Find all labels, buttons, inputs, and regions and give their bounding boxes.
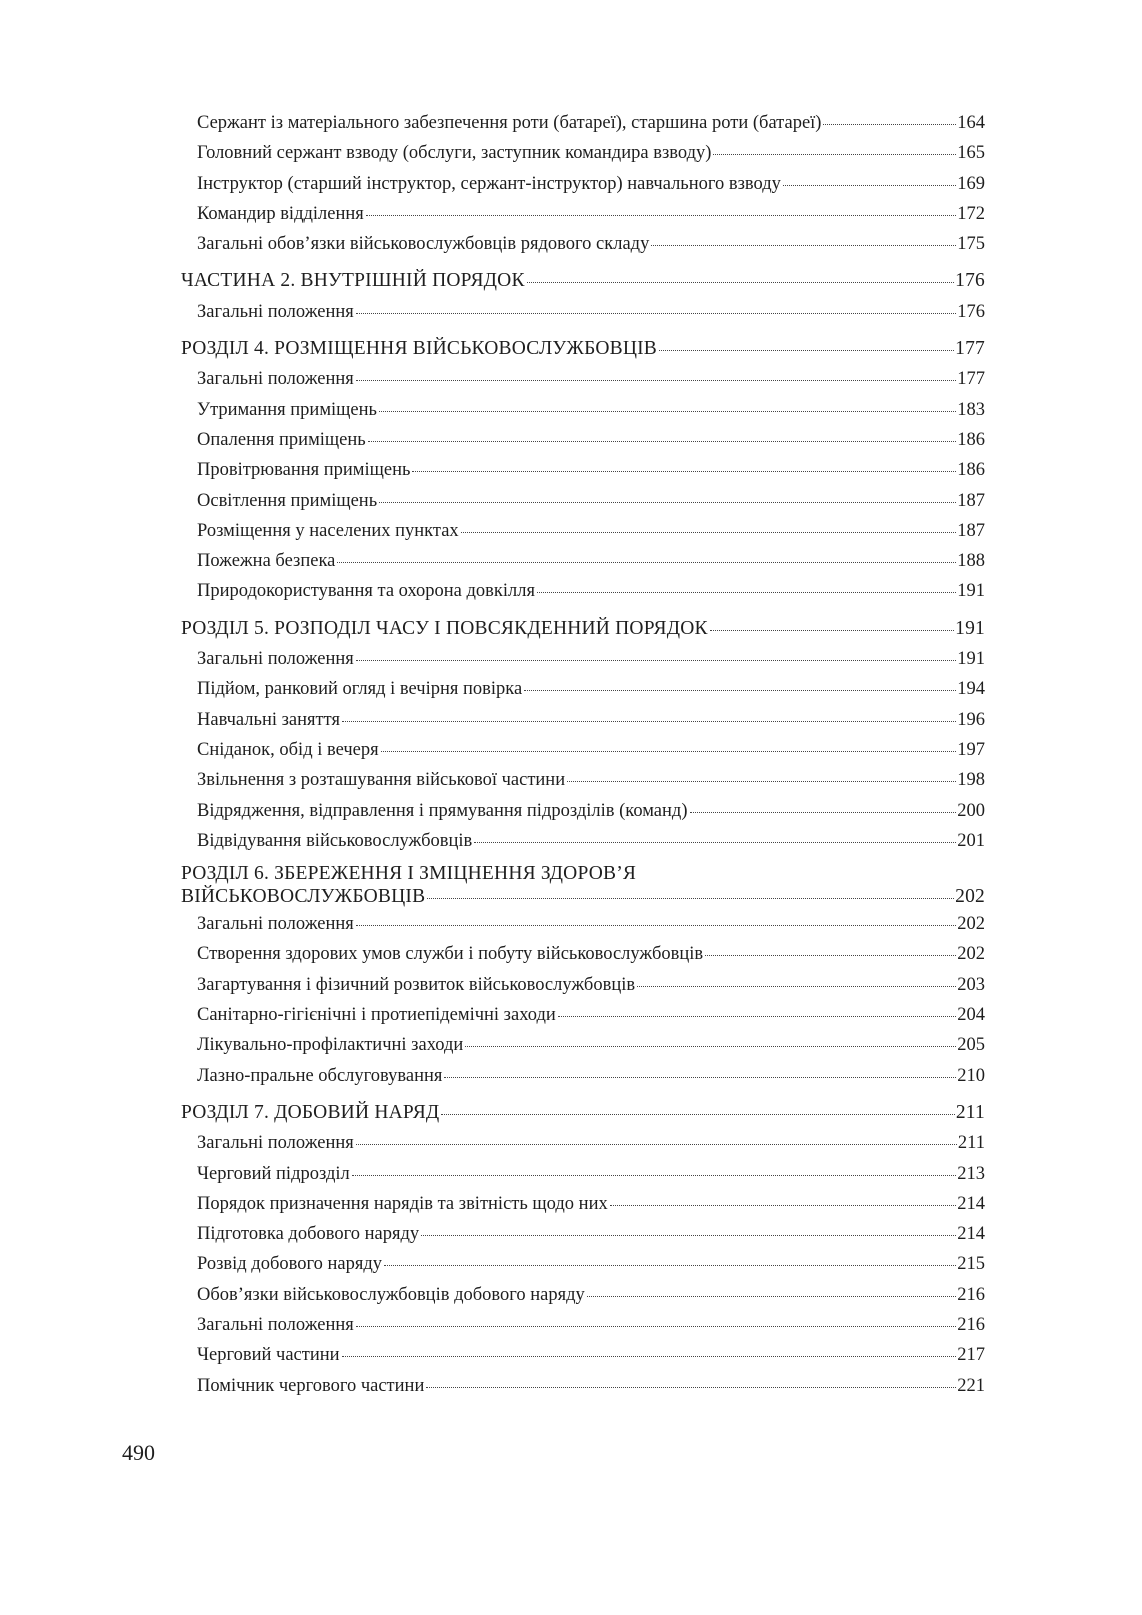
dot-leader (637, 986, 956, 987)
toc-entry: Черговий підрозділ213 (181, 1159, 985, 1189)
toc-entry: Сержант із матеріального забезпечення ро… (181, 108, 985, 138)
toc-entry-title: Загальні положення (197, 297, 354, 327)
toc-entry: Розвід добового наряду215 (181, 1249, 985, 1279)
toc-entry-page: 204 (957, 1000, 985, 1030)
toc-entry-title: Освітлення приміщень (197, 486, 377, 516)
dot-leader (823, 124, 956, 125)
toc-entry: Обов’язки військовослужбовців добового н… (181, 1280, 985, 1310)
dot-leader (366, 215, 956, 216)
dot-leader (527, 282, 954, 283)
toc-entry-page: 188 (957, 546, 985, 576)
toc-entry-title: Провітрювання приміщень (197, 455, 410, 485)
toc-entry: Утримання приміщень183 (181, 395, 985, 425)
toc-entry: Сніданок, обід і вечеря197 (181, 735, 985, 765)
dot-leader (356, 1326, 956, 1327)
toc-entry: Загальні положення176 (181, 297, 985, 327)
toc-entry: Лазно-пральне обслуговування210 (181, 1061, 985, 1091)
dot-leader (337, 562, 956, 563)
toc-entry: Головний сержант взводу (обслуги, заступ… (181, 138, 985, 168)
toc-section-heading: РОЗДІЛ 6. ЗБЕРЕЖЕННЯ І ЗМІЦНЕННЯ ЗДОРОВ’… (181, 863, 985, 909)
toc-entry-title: РОЗДІЛ 5. РОЗПОДІЛ ЧАСУ І ПОВСЯКДЕННИЙ П… (181, 614, 708, 644)
page-number: 490 (122, 1440, 155, 1466)
toc-entry-page: 198 (957, 765, 985, 795)
toc-entry-page: 203 (957, 970, 985, 1000)
toc-entry-title: Загальні обов’язки військовослужбовців р… (197, 229, 649, 259)
toc-entry-title: Черговий підрозділ (197, 1159, 350, 1189)
toc-entry-page: 183 (957, 395, 985, 425)
dot-leader (368, 441, 957, 442)
toc-entry-title: Природокористування та охорона довкілля (197, 576, 535, 606)
toc-entry-title: Порядок призначення нарядів та звітність… (197, 1189, 608, 1219)
dot-leader (379, 502, 956, 503)
toc-entry-title: Санітарно-гігієнічні і протиепідемічні з… (197, 1000, 556, 1030)
dot-leader (352, 1175, 957, 1176)
dot-leader (427, 898, 954, 899)
dot-leader (444, 1077, 956, 1078)
toc-entry: Помічник чергового частини221 (181, 1371, 985, 1401)
toc-entry-page: 200 (957, 796, 985, 826)
dot-leader (342, 721, 956, 722)
toc-entry: Відрядження, відправлення і прямування п… (181, 796, 985, 826)
toc-entry-title: Підготовка добового наряду (197, 1219, 419, 1249)
dot-leader (441, 1114, 954, 1115)
toc-section-heading: РОЗДІЛ 7. ДОБОВИЙ НАРЯД211 (181, 1098, 985, 1128)
toc-entry: Природокористування та охорона довкілля1… (181, 576, 985, 606)
toc-entry-page: 202 (957, 939, 985, 969)
toc-entry-title: Сніданок, обід і вечеря (197, 735, 379, 765)
toc-entry-page: 214 (957, 1189, 985, 1219)
toc-entry: Командир відділення172 (181, 199, 985, 229)
toc-entry-title: Загальні положення (197, 909, 354, 939)
dot-leader (783, 185, 956, 186)
toc-entry-page: 186 (957, 425, 985, 455)
toc-entry-title: Загартування і фізичний розвиток військо… (197, 970, 635, 1000)
toc-entry-title: Навчальні заняття (197, 705, 340, 735)
toc-entry-page: 187 (957, 516, 985, 546)
toc-entry-title: Помічник чергового частини (197, 1371, 424, 1401)
toc-entry: Навчальні заняття196 (181, 705, 985, 735)
dot-leader (412, 471, 956, 472)
dot-leader (690, 812, 957, 813)
toc-entry-title: ЧАСТИНА 2. ВНУТРІШНІЙ ПОРЯДОК (181, 266, 525, 296)
toc-entry-title: Розвід добового наряду (197, 1249, 382, 1279)
toc-entry: Інструктор (старший інструктор, сержант-… (181, 169, 985, 199)
dot-leader (474, 842, 956, 843)
toc-entry-page: 175 (957, 229, 985, 259)
dot-leader (426, 1387, 956, 1388)
toc-entry-page: 211 (956, 1098, 985, 1128)
toc-entry-page: 164 (957, 108, 985, 138)
toc-entry-title: Обов’язки військовослужбовців добового н… (197, 1280, 585, 1310)
toc-entry: Провітрювання приміщень186 (181, 455, 985, 485)
toc-entry-page: 221 (957, 1371, 985, 1401)
toc-entry-title: Інструктор (старший інструктор, сержант-… (197, 169, 781, 199)
toc-entry-title: РОЗДІЛ 7. ДОБОВИЙ НАРЯД (181, 1098, 439, 1128)
toc-entry-page: 172 (957, 199, 985, 229)
dot-leader (356, 1144, 957, 1145)
toc-entry: Освітлення приміщень187 (181, 486, 985, 516)
toc-entry: Загальні положення216 (181, 1310, 985, 1340)
dot-leader (567, 781, 956, 782)
toc-entry-title: Лікувально-профілактичні заходи (197, 1030, 463, 1060)
toc-entry-title: Головний сержант взводу (обслуги, заступ… (197, 138, 711, 168)
toc-entry-page: 197 (957, 735, 985, 765)
toc-entry-page: 211 (958, 1128, 985, 1158)
toc-entry-page: 215 (957, 1249, 985, 1279)
dot-leader (461, 532, 957, 533)
toc-entry-title: Утримання приміщень (197, 395, 377, 425)
toc-entry-page: 176 (955, 266, 985, 296)
toc-entry-title: Черговий частини (197, 1340, 340, 1370)
dot-leader (710, 630, 954, 631)
toc-entry-page: 213 (957, 1159, 985, 1189)
toc-entry-title: Загальні положення (197, 1310, 354, 1340)
toc-entry-page: 202 (955, 885, 985, 909)
dot-leader (610, 1205, 957, 1206)
toc-entry-title: Загальні положення (197, 644, 354, 674)
toc-entry-page: 216 (957, 1310, 985, 1340)
toc-entry: Звільнення з розташування військової час… (181, 765, 985, 795)
toc-entry-title: Опалення приміщень (197, 425, 366, 455)
toc-entry: Загальні обов’язки військовослужбовців р… (181, 229, 985, 259)
toc-entry-page: 187 (957, 486, 985, 516)
toc-entry-page: 191 (957, 644, 985, 674)
toc-entry-title: ВІЙСЬКОВОСЛУЖБОВЦІВ (181, 885, 425, 909)
toc-section-heading: ВІЙСЬКОВОСЛУЖБОВЦІВ202 (181, 885, 985, 909)
dot-leader (356, 380, 956, 381)
toc-entry: Опалення приміщень186 (181, 425, 985, 455)
toc-entry: Підйом, ранковий огляд і вечірня повірка… (181, 674, 985, 704)
dot-leader (379, 411, 956, 412)
toc-entry-page: 196 (957, 705, 985, 735)
toc-section-heading: РОЗДІЛ 5. РОЗПОДІЛ ЧАСУ І ПОВСЯКДЕННИЙ П… (181, 614, 985, 644)
toc-entry-title: Відрядження, відправлення і прямування п… (197, 796, 688, 826)
dot-leader (713, 154, 956, 155)
toc-entry: Загальні положення191 (181, 644, 985, 674)
toc-entry-page: 177 (955, 334, 985, 364)
toc-entry-title: Відвідування військовослужбовців (197, 826, 472, 856)
toc-entry-page: 202 (957, 909, 985, 939)
toc-entry: Підготовка добового наряду214 (181, 1219, 985, 1249)
toc-entry-title: Командир відділення (197, 199, 364, 229)
dot-leader (381, 751, 957, 752)
toc-entry: Загальні положення202 (181, 909, 985, 939)
dot-leader (651, 245, 956, 246)
toc-entry: Загальні положення177 (181, 364, 985, 394)
toc-entry-title: Сержант із матеріального забезпечення ро… (197, 108, 821, 138)
toc-entry: Порядок призначення нарядів та звітність… (181, 1189, 985, 1219)
toc-entry: Пожежна безпека188 (181, 546, 985, 576)
toc-entry: Лікувально-профілактичні заходи205 (181, 1030, 985, 1060)
toc-heading-line1: РОЗДІЛ 6. ЗБЕРЕЖЕННЯ І ЗМІЦНЕННЯ ЗДОРОВ’… (181, 863, 985, 885)
toc-section-heading: ЧАСТИНА 2. ВНУТРІШНІЙ ПОРЯДОК176 (181, 266, 985, 296)
toc-entry-title: Створення здорових умов служби і побуту … (197, 939, 703, 969)
dot-leader (356, 660, 956, 661)
toc-entry: Черговий частини217 (181, 1340, 985, 1370)
dot-leader (524, 690, 956, 691)
toc-entry-page: 205 (957, 1030, 985, 1060)
toc-entry-title: Загальні положення (197, 364, 354, 394)
toc-entry-page: 191 (955, 614, 985, 644)
toc-entry-page: 165 (957, 138, 985, 168)
toc-entry: Санітарно-гігієнічні і протиепідемічні з… (181, 1000, 985, 1030)
toc-entry: Розміщення у населених пунктах187 (181, 516, 985, 546)
toc-entry-page: 217 (957, 1340, 985, 1370)
toc-entry-page: 191 (957, 576, 985, 606)
toc-entry-title: Розміщення у населених пунктах (197, 516, 459, 546)
toc-entry-page: 176 (957, 297, 985, 327)
toc-entry: Загальні положення211 (181, 1128, 985, 1158)
dot-leader (537, 592, 956, 593)
toc-entry-page: 177 (957, 364, 985, 394)
toc-entry-title: Загальні положення (197, 1128, 354, 1158)
toc-entry: Створення здорових умов служби і побуту … (181, 939, 985, 969)
dot-leader (659, 350, 954, 351)
dot-leader (421, 1235, 956, 1236)
toc-entry-title: Лазно-пральне обслуговування (197, 1061, 442, 1091)
toc-entry-page: 186 (957, 455, 985, 485)
table-of-contents: Сержант із матеріального забезпечення ро… (181, 108, 985, 1401)
dot-leader (384, 1265, 956, 1266)
toc-entry-title: РОЗДІЛ 4. РОЗМІЩЕННЯ ВІЙСЬКОВОСЛУЖБОВЦІВ (181, 334, 657, 364)
dot-leader (587, 1296, 956, 1297)
toc-entry-page: 169 (957, 169, 985, 199)
toc-entry-title: Звільнення з розташування військової час… (197, 765, 565, 795)
toc-entry: Відвідування військовослужбовців201 (181, 826, 985, 856)
toc-entry-page: 216 (957, 1280, 985, 1310)
toc-entry-title: Підйом, ранковий огляд і вечірня повірка (197, 674, 522, 704)
dot-leader (356, 925, 956, 926)
dot-leader (356, 313, 956, 314)
toc-entry: Загартування і фізичний розвиток військо… (181, 970, 985, 1000)
toc-entry-page: 194 (957, 674, 985, 704)
toc-entry-title: Пожежна безпека (197, 546, 335, 576)
dot-leader (558, 1016, 956, 1017)
toc-entry-page: 201 (957, 826, 985, 856)
dot-leader (342, 1356, 957, 1357)
toc-entry-page: 214 (957, 1219, 985, 1249)
dot-leader (465, 1046, 956, 1047)
dot-leader (705, 955, 956, 956)
toc-section-heading: РОЗДІЛ 4. РОЗМІЩЕННЯ ВІЙСЬКОВОСЛУЖБОВЦІВ… (181, 334, 985, 364)
toc-entry-page: 210 (957, 1061, 985, 1091)
